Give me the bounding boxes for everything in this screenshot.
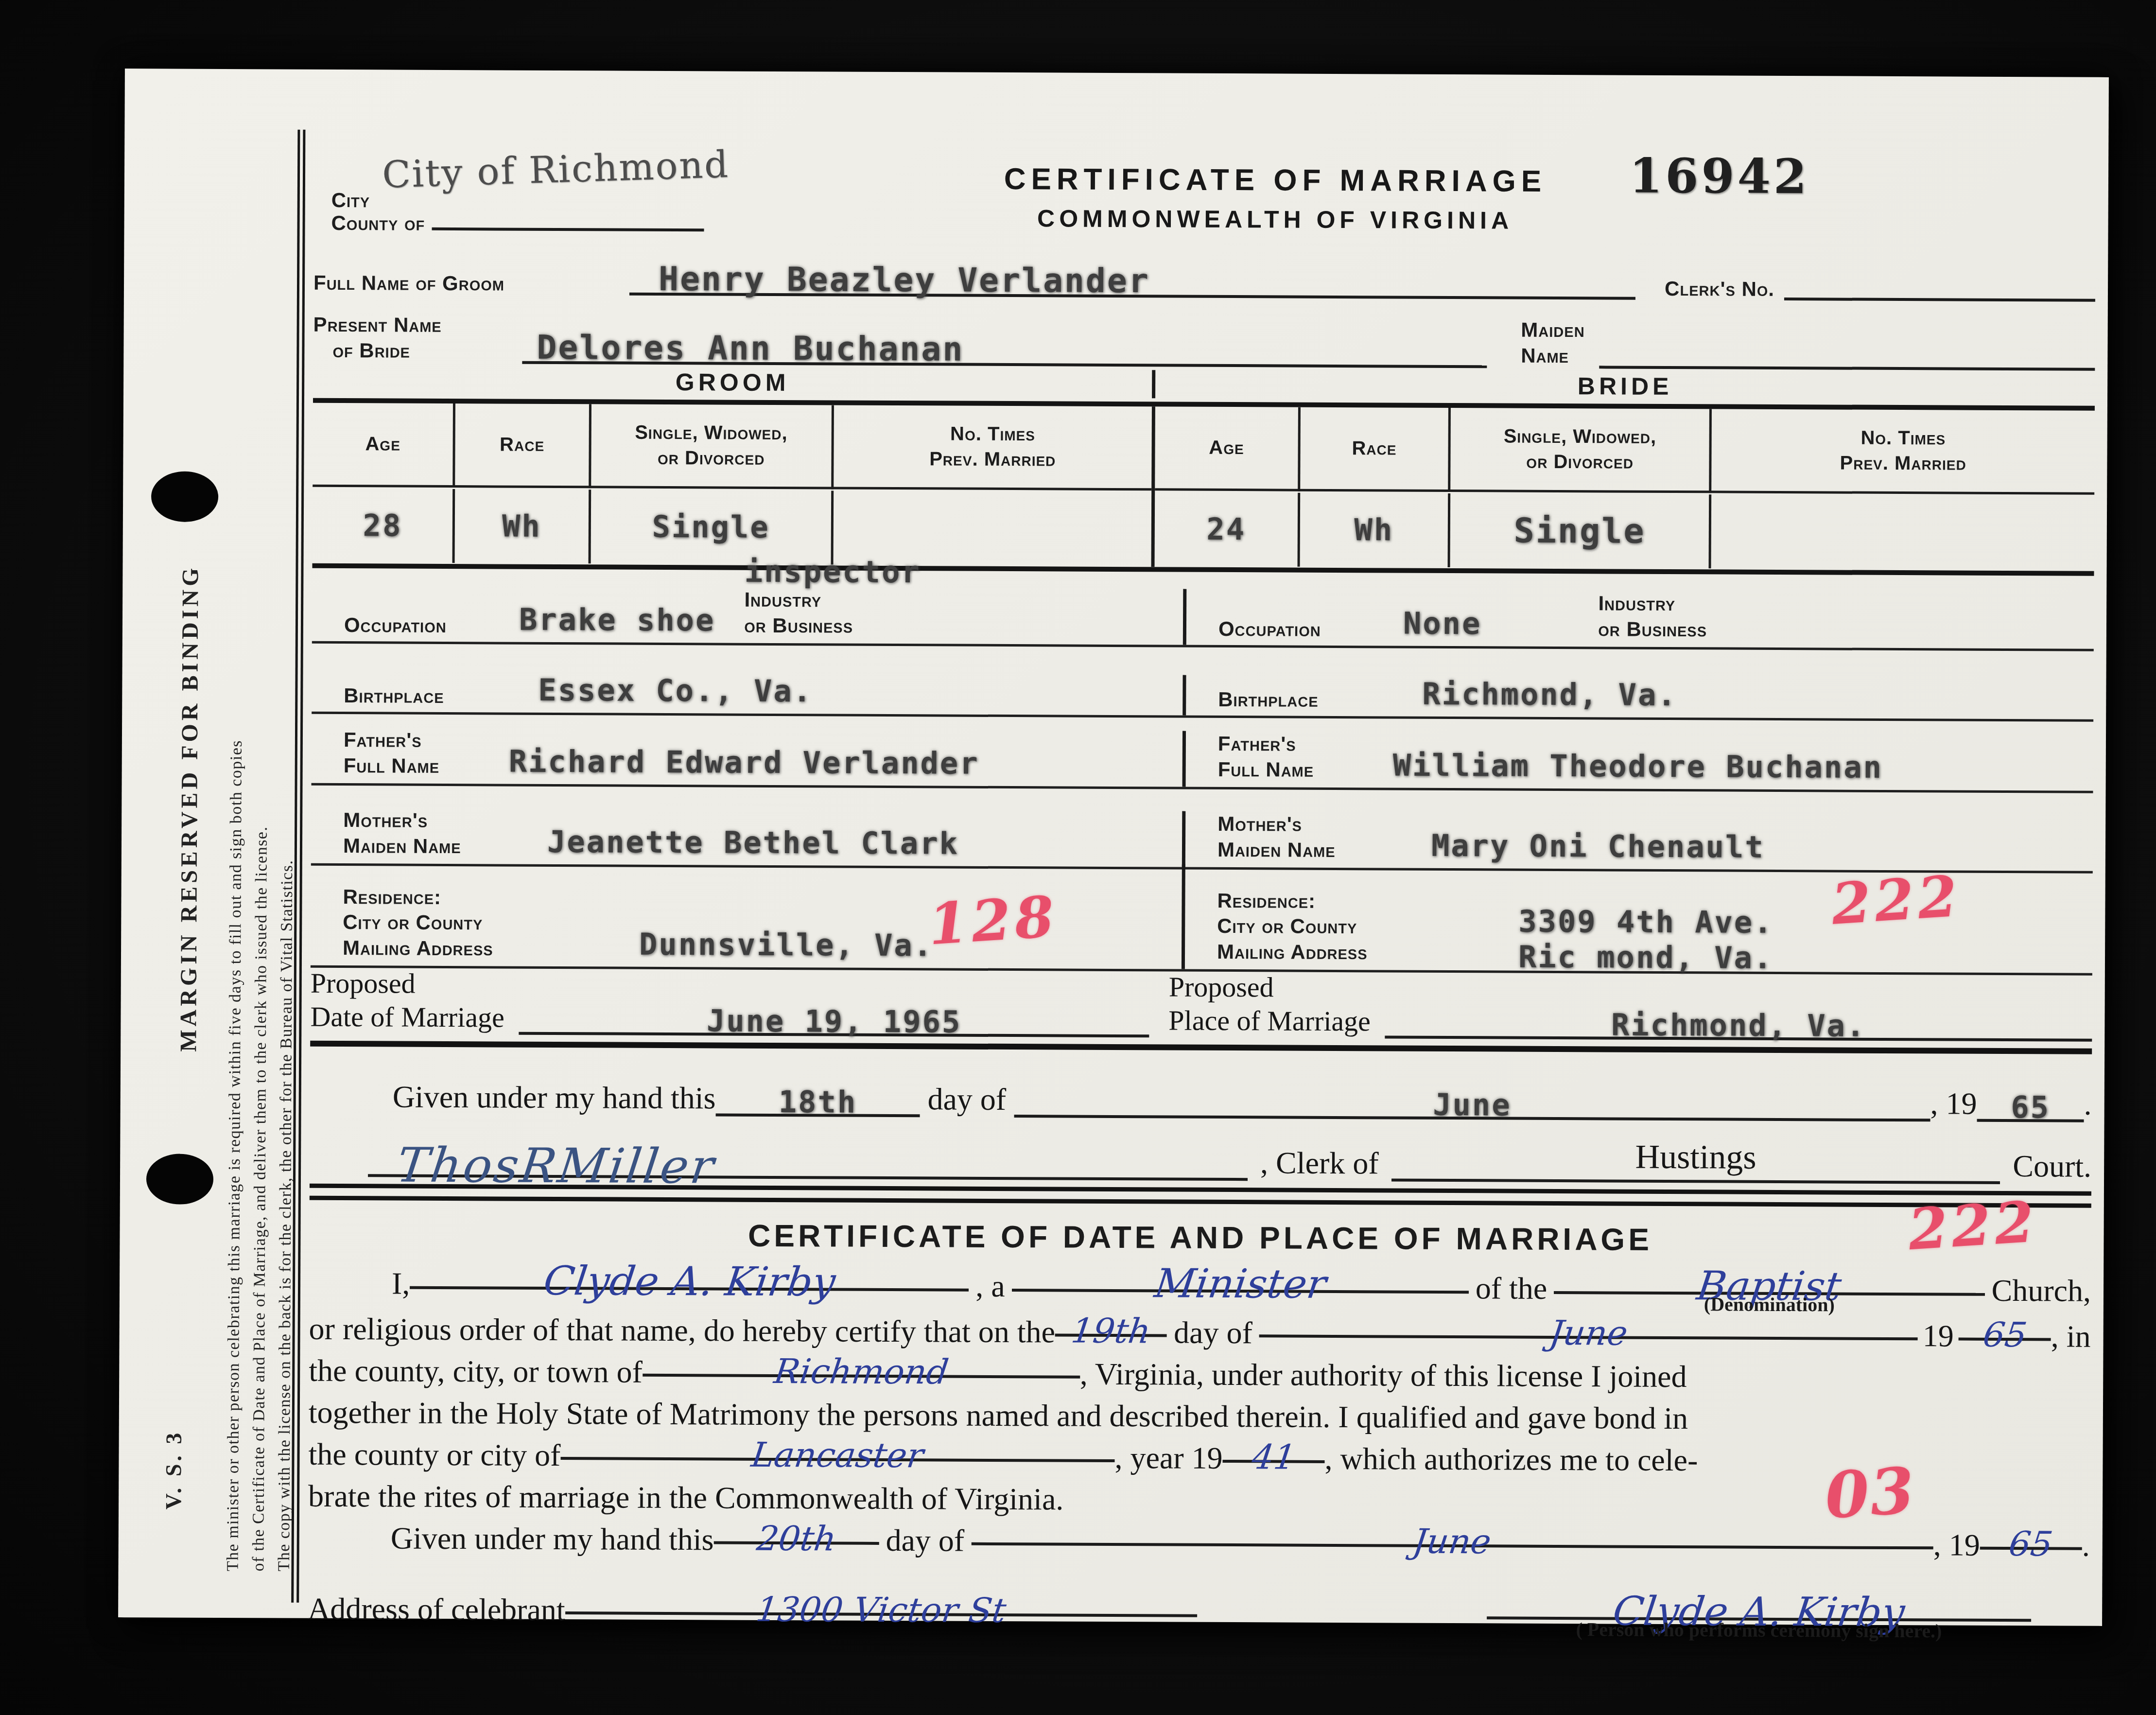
court-name-field: Hustings	[1391, 1137, 2000, 1184]
line2-day-of: day of	[1174, 1315, 1252, 1351]
margin-reserved-text: MARGIN RESERVED FOR BINDING	[175, 565, 204, 1052]
bride-name-label: Present Name of Bride	[313, 312, 522, 364]
bride-name-row: Present Name of Bride Delores Ann Buchan…	[313, 294, 2095, 371]
court-name-value: Hustings	[1635, 1138, 1756, 1177]
groom-occupation-value: Brake shoe	[519, 602, 715, 638]
groom-mother-value: Jeanette Bethel Clark	[547, 824, 959, 861]
celebrant-period: .	[2082, 1528, 2090, 1564]
line3-prefix: the county, city, or town of	[309, 1353, 643, 1390]
celebrant-day-of: day of	[886, 1522, 964, 1559]
clerk-day-value: 18th	[779, 1084, 857, 1120]
line5-year-ink: 41	[1250, 1442, 1297, 1472]
bride-name-field: Delores Ann Buchanan	[522, 329, 1487, 368]
statistics-table: Age Race Single, Widowed,or Divorced No.…	[312, 403, 2094, 576]
celebrant-year-field: 65	[1980, 1529, 2082, 1550]
column-headers: GROOM BRIDE	[313, 363, 2095, 411]
groom-name-field: Henry Beazley Verlander	[629, 260, 1635, 300]
punch-hole-bottom	[146, 1154, 213, 1205]
father-label: Father'sFull Name	[1218, 731, 1393, 783]
address-row: Address of celebrant 1300 Victor St Clyd…	[308, 1588, 2090, 1659]
occupation-label: Occupation	[1218, 617, 1403, 641]
line5-place-ink: Lancaster	[750, 1440, 925, 1471]
occupation-label: Occupation	[344, 613, 519, 637]
birthplace-label: Birthplace	[344, 684, 538, 708]
line3-place-ink: Richmond	[772, 1356, 950, 1388]
proposed-date-value: June 19, 1965	[707, 1003, 962, 1039]
line5-year-field: 41	[1223, 1442, 1325, 1463]
groom-age-header: Age	[313, 403, 453, 488]
header: City of Richmond City County of CERTIFIC…	[313, 130, 2096, 249]
clerk-day-field: 18th	[715, 1084, 920, 1117]
celebrant-line4: together in the Holy State of Matrimony …	[309, 1395, 2090, 1444]
scanned-photo-backdrop: V. S. 3 MARGIN RESERVED FOR BINDING The …	[0, 0, 2156, 1715]
bride-race-cell: Wh	[1297, 492, 1448, 567]
bride-prev-header: No. TimesPrev. Married	[1709, 409, 2095, 494]
occupation-row: Occupation Brake shoe inspector Industry…	[312, 568, 2094, 651]
proposed-date-field: June 19, 1965	[519, 1002, 1149, 1038]
year-prefix-text: , 19	[1930, 1085, 1977, 1121]
line2-month-field: June	[1259, 1316, 1918, 1340]
clerk-signature-row: ThosRMiller , Clerk of Hustings Court.	[310, 1115, 2092, 1185]
proposed-place-value: Richmond, Va.	[1611, 1007, 1866, 1043]
certificate2-heading: CERTIFICATE OF DATE AND PLACE OF MARRIAG…	[748, 1218, 1652, 1258]
bride-birthplace-value: Richmond, Va.	[1422, 676, 1677, 713]
groom-industry-value: inspector	[745, 554, 921, 590]
county-label: County of	[331, 211, 921, 237]
line3-place-field: Richmond	[643, 1356, 1080, 1379]
proposed-date-label: ProposedDate of Marriage	[310, 966, 504, 1035]
groom-status-header: Single, Widowed,or Divorced	[589, 404, 832, 489]
line3-suffix: , Virginia, under authority of this lice…	[1080, 1356, 1687, 1395]
church-text: Church,	[1991, 1273, 2091, 1309]
mother-row: Mother'sMaiden Name Jeanette Bethel Clar…	[311, 786, 2093, 874]
celebrant-name-ink: Clyde A. Kirby	[541, 1263, 837, 1300]
industry-label: Industryor Business	[1598, 591, 1707, 642]
groom-name-value: Henry Beazley Verlander	[659, 260, 1150, 300]
proposed-row: ProposedDate of Marriage June 19, 1965 P…	[310, 968, 2092, 1054]
bride-mother-value: Mary Oni Chenault	[1431, 828, 1765, 865]
bride-race-header: Race	[1298, 407, 1448, 492]
binding-margin: V. S. 3 MARGIN RESERVED FOR BINDING The …	[118, 69, 298, 1618]
proposed-place-field: Richmond, Va.	[1385, 1006, 2092, 1041]
line2-year-ink: 65	[1981, 1320, 2028, 1350]
groom-table: Age Race Single, Widowed,or Divorced No.…	[313, 403, 1152, 567]
clerk-year-value: 65	[2011, 1089, 2050, 1125]
sign-here-caption: ( Person who performs ceremony sign here…	[1576, 1618, 1942, 1642]
address-ink: 1300 Victor St	[754, 1594, 1008, 1626]
bride-occupation-value: None	[1403, 606, 1482, 642]
celebrant-line1: I, Clyde A. Kirby , a Minister of the Ba…	[309, 1262, 2091, 1319]
celebrant-month-ink: June	[1411, 1526, 1493, 1557]
certificate-form: City of Richmond City County of CERTIFIC…	[291, 130, 2096, 1610]
margin-instructions: The minister or other person celebrating…	[220, 200, 303, 1572]
bride-table: Age Race Single, Widowed,or Divorced No.…	[1155, 406, 2095, 571]
groom-column-header: GROOM	[313, 367, 1152, 399]
form-number: V. S. 3	[160, 1430, 187, 1509]
groom-residence-value: Dunnsville, Va.	[639, 927, 933, 963]
bride-column-header: BRIDE	[1155, 370, 2095, 402]
mother-label: Mother'sMaiden Name	[1217, 811, 1431, 863]
clerk-given-text: Given under my hand this	[393, 1079, 716, 1117]
celebrant-name-field: Clyde A. Kirby	[410, 1263, 969, 1292]
line5-year-prefix: , year 19	[1114, 1440, 1222, 1476]
groom-race-header: Race	[452, 403, 589, 488]
celebrant-year-ink: 65	[2007, 1529, 2054, 1559]
celebrant-line2: or religious order of that name, do here…	[309, 1311, 2090, 1361]
i-text: I,	[392, 1266, 410, 1302]
groom-red-number: 128	[926, 883, 1060, 958]
residence-label: Residence:City or CountyMailing Address	[343, 884, 586, 962]
period-text: .	[2084, 1086, 2092, 1122]
residence-row: Residence:City or CountyMailing Address …	[311, 866, 2093, 976]
header-right: 16942	[1629, 136, 2096, 206]
day-of-text: day of	[927, 1081, 1006, 1118]
proposed-place-label: ProposedPlace of Marriage	[1168, 970, 1371, 1038]
denomination-field: Baptist (Denomination)	[1554, 1268, 1985, 1296]
birthplace-row: Birthplace Essex Co., Va. Birthplace Ric…	[312, 644, 2094, 722]
bride-status-cell: Single	[1448, 493, 1709, 568]
celebrant-given-text: Given under my hand this	[391, 1521, 714, 1558]
line2-prefix: or religious order of that name, do here…	[309, 1311, 1055, 1350]
clerk-month-field: June	[1014, 1085, 1930, 1121]
line2-year-field: 65	[1959, 1320, 2051, 1341]
red-number-222: 222	[1906, 1189, 2039, 1263]
groom-prev-header: No. TimesPrev. Married	[831, 405, 1152, 490]
celebrant-role-field: Minister	[1012, 1265, 1469, 1294]
industry-label: Industryor Business	[744, 587, 853, 639]
celebrant-signature-field: Clyde A. Kirby ( Person who performs cer…	[1487, 1593, 2031, 1622]
commonwealth-subtitle: COMMONWEALTH OF VIRGINIA	[922, 204, 1629, 235]
bride-residence-line2: Ric mond, Va.	[1518, 939, 1773, 976]
header-center: CERTIFICATE OF MARRIAGE COMMONWEALTH OF …	[922, 132, 1630, 235]
line5-place-field: Lancaster	[560, 1439, 1114, 1462]
line5-prefix: the county or city of	[308, 1436, 560, 1473]
groom-age-cell: 28	[313, 488, 453, 562]
line2-suffix: , in	[2051, 1318, 2091, 1354]
groom-father-value: Richard Edward Verlander	[509, 744, 979, 781]
punch-hole-top	[151, 471, 218, 522]
line2-month-ink: June	[1548, 1318, 1630, 1349]
line2-year-prefix: 19	[1923, 1318, 1954, 1354]
celebrant-given-row: Given under my hand this 20th day of Jun…	[308, 1520, 2090, 1596]
a-text: , a	[975, 1268, 1005, 1304]
bride-age-cell: 24	[1155, 492, 1298, 566]
celebrant-year-prefix: , 19	[1933, 1527, 1980, 1563]
clerk-of-text: , Clerk of	[1260, 1145, 1379, 1181]
bride-status-header: Single, Widowed,or Divorced	[1448, 408, 1709, 493]
groom-birthplace-value: Essex Co., Va.	[538, 672, 813, 709]
groom-race-cell: Wh	[452, 489, 589, 563]
residence-label: Residence:City or CountyMailing Address	[1217, 888, 1461, 965]
celebrant-line3: the county, city, or town of Richmond , …	[309, 1353, 2090, 1402]
denomination-caption: (Denomination)	[1704, 1293, 1835, 1316]
bride-father-value: William Theodore Buchanan	[1393, 748, 1883, 785]
clerk-year-field: 65	[1977, 1089, 2084, 1122]
address-label: Address of celebrant	[308, 1591, 565, 1628]
mother-label: Mother'sMaiden Name	[343, 807, 547, 859]
of-the-text: of the	[1476, 1270, 1547, 1307]
father-label: Father'sFull Name	[344, 727, 509, 779]
groom-status-cell: Single	[588, 490, 831, 564]
county-blank-line	[432, 227, 704, 231]
celebrant-role-ink: Minister	[1152, 1266, 1328, 1302]
clerks-no-label: Clerk's No.	[1665, 277, 1774, 300]
line2-day-ink: 19th	[1070, 1316, 1152, 1347]
celebrant-month-field: June	[971, 1524, 1933, 1550]
court-label: Court.	[2013, 1148, 2091, 1185]
birthplace-label: Birthplace	[1218, 688, 1422, 712]
city-stamp: City of Richmond	[382, 137, 922, 196]
bride-name-value: Delores Ann Buchanan	[537, 329, 964, 369]
line5-suffix: , which authorizes me to cele-	[1324, 1441, 1698, 1478]
line2-day-field: 19th	[1055, 1315, 1167, 1337]
groom-name-label: Full Name of Groom	[313, 271, 629, 296]
header-left: City of Richmond City County of	[313, 130, 922, 237]
clerk-given-row: Given under my hand this 18th day of Jun…	[310, 1057, 2092, 1122]
serial-number-stamp: 16942	[1629, 148, 2096, 206]
bride-residence-line1: 3309 4th Ave.	[1518, 904, 1773, 940]
address-field: 1300 Victor St	[565, 1593, 1197, 1617]
certificate-title: CERTIFICATE OF MARRIAGE	[922, 161, 1629, 199]
clerk-month-value: June	[1433, 1087, 1512, 1123]
celebrant-day-ink: 20th	[755, 1523, 837, 1555]
bride-red-number: 222	[1830, 863, 1963, 937]
celebrant-day-field: 20th	[714, 1523, 879, 1544]
clerk-signature: ThosRMiller	[395, 1144, 718, 1188]
line6-text: brate the rites of marriage in the Commo…	[308, 1478, 1064, 1518]
red-number-03: 03	[1823, 1453, 1917, 1533]
father-row: Father'sFull Name Richard Edward Verland…	[312, 714, 2094, 793]
celebrant-line6: brate the rites of marriage in the Commo…	[308, 1478, 2090, 1528]
bride-prev-cell	[1709, 494, 2094, 570]
bride-age-header: Age	[1155, 406, 1298, 491]
marriage-certificate-document: V. S. 3 MARGIN RESERVED FOR BINDING The …	[118, 69, 2109, 1626]
clerk-signature-field: ThosRMiller	[368, 1144, 1248, 1181]
maiden-name-label: Maiden Name	[1521, 317, 1585, 369]
line4-text: together in the Holy State of Matrimony …	[309, 1395, 1688, 1436]
groom-name-row: Full Name of Groom Henry Beazley Verland…	[313, 242, 2095, 302]
